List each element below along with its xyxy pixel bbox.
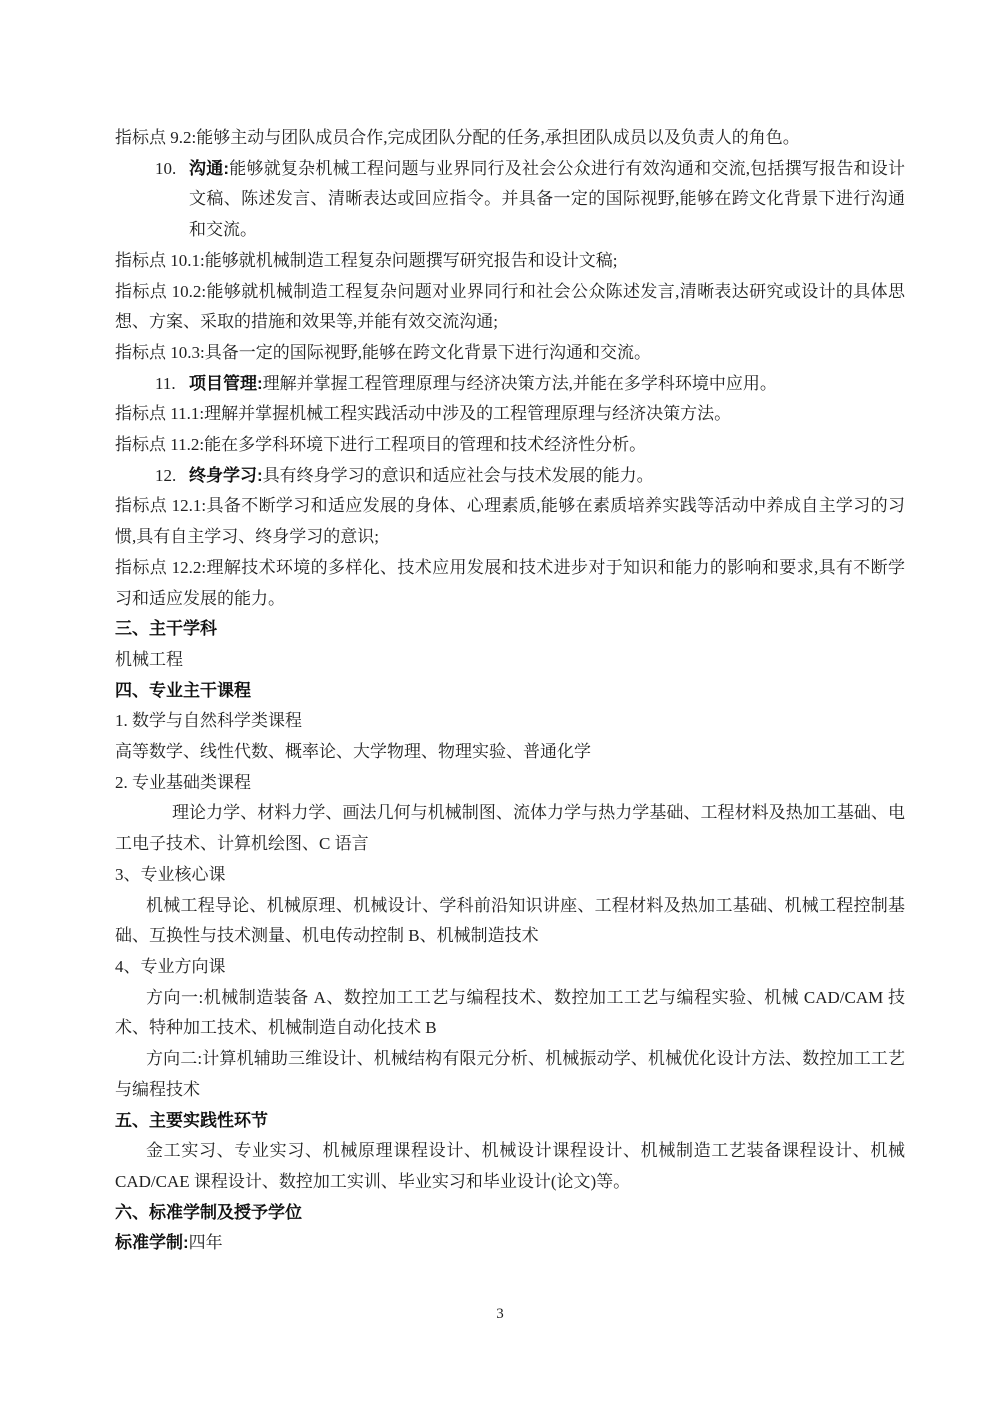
course-category-4-title: 4、专业方向课 (115, 952, 905, 983)
list-item-12-number: 12. (155, 461, 176, 492)
list-item-10-number: 10. (155, 154, 176, 185)
list-item-11-project-management: 11.项目管理:理解并掌握工程管理原理与经济决策方法,并能在多学科环境中应用。 (115, 369, 905, 400)
document-page: 指标点 9.2:能够主动与团队成员合作,完成团队分配的任务,承担团队成员以及负责… (0, 0, 1000, 1414)
page-number: 3 (0, 1306, 1000, 1323)
direction-2-course-list: 方向二:计算机辅助三维设计、机械结构有限元分析、机械振动学、机械优化设计方法、数… (115, 1044, 905, 1105)
indicator-point-9-2: 指标点 9.2:能够主动与团队成员合作,完成团队分配的任务,承担团队成员以及负责… (115, 123, 905, 154)
indicator-point-12-2: 指标点 12.2:理解技术环境的多样化、技术应用发展和技术进步对于知识和能力的影… (115, 553, 905, 614)
standard-duration-line: 标准学制:四年 (115, 1228, 905, 1259)
course-category-2-list: 理论力学、材料力学、画法几何与机械制图、流体力学与热力学基础、工程材料及热加工基… (115, 798, 905, 859)
list-item-12-lifelong-learning: 12.终身学习:具有终身学习的意识和适应社会与技术发展的能力。 (115, 461, 905, 492)
section-heading-6-duration-degree: 六、标准学制及授予学位 (115, 1198, 905, 1229)
section-heading-5-practice: 五、主要实践性环节 (115, 1106, 905, 1137)
section-heading-4-main-courses: 四、专业主干课程 (115, 676, 905, 707)
list-item-12-text: 具有终身学习的意识和适应社会与技术发展的能力。 (263, 466, 654, 485)
indicator-point-10-1: 指标点 10.1:能够就机械制造工程复杂问题撰写研究报告和设计文稿; (115, 246, 905, 277)
indicator-point-10-2: 指标点 10.2:能够就机械制造工程复杂问题对业界同行和社会公众陈述发言,清晰表… (115, 277, 905, 338)
list-item-10-label: 沟通: (189, 159, 229, 178)
list-item-12-label: 终身学习: (189, 466, 263, 485)
practice-course-list: 金工实习、专业实习、机械原理课程设计、机械设计课程设计、机械制造工艺装备课程设计… (115, 1136, 905, 1197)
course-category-1-title: 1. 数学与自然科学类课程 (115, 706, 905, 737)
indicator-point-12-1: 指标点 12.1:具备不断学习和适应发展的身体、心理素质,能够在素质培养实践等活… (115, 491, 905, 552)
standard-duration-label: 标准学制: (115, 1233, 189, 1252)
document-content: 指标点 9.2:能够主动与团队成员合作,完成团队分配的任务,承担团队成员以及负责… (115, 123, 905, 1259)
indicator-point-11-1: 指标点 11.1:理解并掌握机械工程实践活动中涉及的工程管理原理与经济决策方法。 (115, 399, 905, 430)
list-item-11-text: 理解并掌握工程管理原理与经济决策方法,并能在多学科环境中应用。 (263, 374, 777, 393)
course-category-3-list: 机械工程导论、机械原理、机械设计、学科前沿知识讲座、工程材料及热加工基础、机械工… (115, 891, 905, 952)
list-item-11-number: 11. (155, 369, 176, 400)
standard-duration-value: 四年 (189, 1233, 223, 1252)
direction-1-course-list: 方向一:机械制造装备 A、数控加工工艺与编程技术、数控加工工艺与编程实验、机械 … (115, 983, 905, 1044)
course-category-3-title: 3、专业核心课 (115, 860, 905, 891)
course-category-1-list: 高等数学、线性代数、概率论、大学物理、物理实验、普通化学 (115, 737, 905, 768)
list-item-11-label: 项目管理: (189, 374, 263, 393)
course-category-2-title: 2. 专业基础类课程 (115, 768, 905, 799)
indicator-point-11-2: 指标点 11.2:能在多学科环境下进行工程项目的管理和技术经济性分析。 (115, 430, 905, 461)
major-discipline-text: 机械工程 (115, 645, 905, 676)
list-item-10-communication: 10.沟通:能够就复杂机械工程问题与业界同行及社会公众进行有效沟通和交流,包括撰… (115, 154, 905, 246)
indicator-point-10-3: 指标点 10.3:具备一定的国际视野,能够在跨文化背景下进行沟通和交流。 (115, 338, 905, 369)
list-item-10-text: 能够就复杂机械工程问题与业界同行及社会公众进行有效沟通和交流,包括撰写报告和设计… (189, 159, 905, 239)
section-heading-3-main-discipline: 三、主干学科 (115, 614, 905, 645)
